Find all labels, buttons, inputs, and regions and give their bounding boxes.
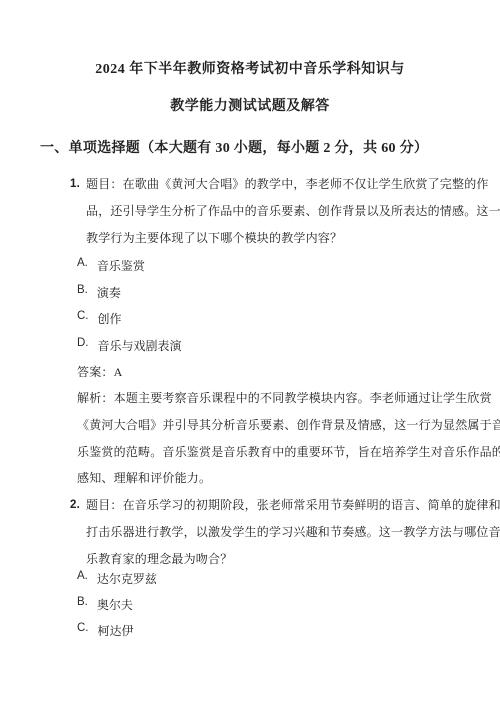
document-title-line-1: 2024 年下半年教师资格考试初中音乐学科知识与: [0, 61, 500, 78]
document-title-line-2: 教学能力测试试题及解答: [0, 98, 500, 115]
question-2-stem-line-1: 题目：在音乐学习的初期阶段，张老师常采用节奏鲜明的语言、简单的旋律和: [86, 497, 500, 514]
question-1-number: 1.: [70, 176, 80, 193]
question-2-stem-line-3: 乐教育家的理念最为吻合？: [86, 551, 232, 568]
option-letter: A.: [77, 257, 88, 274]
option-letter: A.: [77, 570, 88, 587]
question-1-stem-line-1: 题目：在歌曲《黄河大合唱》的教学中，李老师不仅让学生欣赏了完整的作: [86, 176, 489, 193]
document-page: 2024 年下半年教师资格考试初中音乐学科知识与 教学能力测试试题及解答 一、单…: [0, 0, 500, 707]
option-letter: C.: [77, 622, 89, 639]
question-2-number: 2.: [70, 497, 80, 514]
question-1-option-b: B. 演奏: [77, 284, 121, 301]
section-heading: 一、单项选择题（本大题有 30 小题，每小题 2 分，共 60 分）: [40, 140, 428, 157]
option-letter: D.: [77, 337, 89, 354]
option-letter: B.: [77, 284, 88, 301]
option-text: 柯达伊: [98, 622, 134, 639]
question-1-stem-line-2: 品，还引导学生分析了作品中的音乐要素、创作背景以及所表达的情感。这一: [86, 203, 500, 220]
option-letter: C.: [77, 310, 89, 327]
option-text: 音乐与戏剧表演: [98, 337, 182, 354]
option-text: 奥尔夫: [97, 596, 133, 613]
question-2-option-c: C. 柯达伊: [77, 622, 134, 639]
question-1-analysis-line-3: 乐鉴赏的范畴。音乐鉴赏是音乐教育中的重要环节，旨在培养学生对音乐作品的: [77, 444, 500, 461]
option-text: 创作: [98, 310, 122, 327]
question-2-option-a: A. 达尔克罗兹: [77, 570, 157, 587]
question-1-option-c: C. 创作: [77, 310, 122, 327]
question-1-analysis-line-1: 解析：本题主要考察音乐课程中的不同教学模块内容。李老师通过让学生欣赏: [77, 390, 492, 407]
option-text: 演奏: [97, 284, 121, 301]
question-2-stem-line-2: 打击乐器进行教学，以激发学生的学习兴趣和节奏感。这一教学方法与哪位音: [86, 524, 500, 541]
question-2-option-b: B. 奥尔夫: [77, 596, 133, 613]
question-1-option-d: D. 音乐与戏剧表演: [77, 337, 182, 354]
question-1-answer: 答案：A: [77, 364, 122, 381]
option-letter: B.: [77, 596, 88, 613]
option-text: 达尔克罗兹: [97, 570, 157, 587]
question-1-analysis-line-4: 感知、理解和评价能力。: [77, 470, 211, 487]
question-1-option-a: A. 音乐鉴赏: [77, 257, 145, 274]
question-1-analysis-line-2: 《黄河大合唱》并引导其分析音乐要素、创作背景及情感，这一行为显然属于音: [77, 417, 500, 434]
option-text: 音乐鉴赏: [97, 257, 145, 274]
question-1-stem-line-3: 教学行为主要体现了以下哪个模块的教学内容？: [86, 230, 342, 247]
